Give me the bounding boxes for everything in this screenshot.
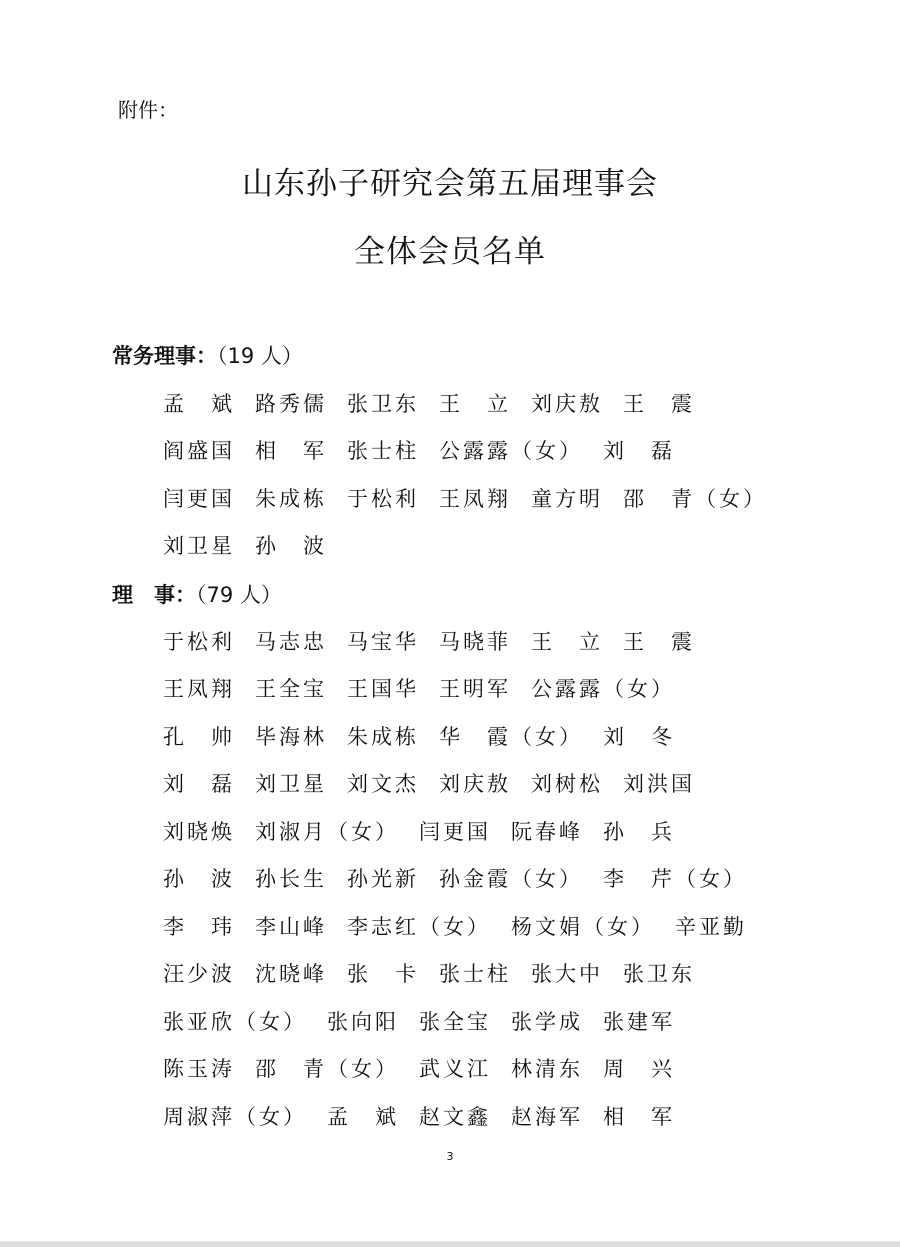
member-name: 沈晓峰 (255, 958, 327, 988)
name-row: 孙 波孙长生孙光新孙金霞（女）李 芹（女） (163, 855, 767, 903)
member-name: 马宝华 (347, 626, 419, 656)
member-name: 辛亚勤 (675, 911, 747, 941)
member-name: 刘洪国 (623, 768, 695, 798)
member-name: 汪少波 (163, 958, 235, 988)
member-name: 陈玉涛 (163, 1053, 235, 1083)
member-name: 刘 磊 (163, 768, 235, 798)
member-name: 马志忠 (255, 626, 327, 656)
member-name: 张卫东 (623, 958, 695, 988)
member-name: 相 军 (255, 435, 327, 465)
member-name: 邵 青（女） (623, 483, 767, 513)
member-name: 周 兴 (603, 1053, 675, 1083)
name-row: 闫更国朱成栋于松利王凤翔童方明邵 青（女） (163, 474, 787, 522)
member-name: 武义江 (419, 1053, 491, 1083)
member-name: 王明军 (439, 673, 511, 703)
member-name: 马晓菲 (439, 626, 511, 656)
member-name: 赵文鑫 (419, 1101, 491, 1131)
member-name: 李山峰 (255, 911, 327, 941)
section-heading-label: 理 事： (112, 583, 196, 607)
member-name: 邵 青（女） (255, 1053, 399, 1083)
name-row: 周淑萍（女）孟 斌赵文鑫赵海军相 军 (163, 1092, 767, 1140)
member-name: 刘庆敖 (531, 388, 603, 418)
name-row: 刘晓焕刘淑月（女）闫更国阮春峰孙 兵 (163, 807, 767, 855)
member-name: 孟 斌 (327, 1101, 399, 1131)
name-row: 阎盛国相 军张士柱公露露（女）刘 磊 (163, 427, 787, 475)
member-name: 刘文杰 (347, 768, 419, 798)
member-name: 公露露（女） (531, 673, 675, 703)
member-name: 张士柱 (347, 435, 419, 465)
member-name: 张大中 (531, 958, 603, 988)
name-row: 于松利马志忠马宝华马晓菲王 立王 震 (163, 617, 767, 665)
section-heading-standing-directors: 常务理事：（19 人） (112, 340, 303, 370)
member-name: 王凤翔 (163, 673, 235, 703)
member-name: 孙 兵 (603, 816, 675, 846)
name-row: 王凤翔王全宝王国华王明军公露露（女） (163, 665, 767, 713)
member-name: 毕海林 (255, 721, 327, 751)
directors-list: 于松利马志忠马宝华马晓菲王 立王 震王凤翔王全宝王国华王明军公露露（女）孔 帅毕… (163, 617, 767, 1140)
member-name: 王 立 (439, 388, 511, 418)
member-name: 刘淑月（女） (255, 816, 399, 846)
member-name: 王 立 (531, 626, 603, 656)
member-name: 张学成 (511, 1006, 583, 1036)
member-name: 赵海军 (511, 1101, 583, 1131)
name-row: 李 玮李山峰李志红（女）杨文娟（女）辛亚勤 (163, 902, 767, 950)
member-name: 于松利 (163, 626, 235, 656)
member-name: 孙光新 (347, 863, 419, 893)
member-name: 刘 磊 (603, 435, 675, 465)
member-name: 林清东 (511, 1053, 583, 1083)
member-name: 王凤翔 (439, 483, 511, 513)
member-name: 朱成栋 (255, 483, 327, 513)
member-name: 朱成栋 (347, 721, 419, 751)
name-row: 汪少波沈晓峰张 卡张士柱张大中张卫东 (163, 950, 767, 998)
document-subtitle: 全体会员名单 (0, 226, 900, 271)
member-name: 李 玮 (163, 911, 235, 941)
member-name: 刘 冬 (603, 721, 675, 751)
member-name: 王全宝 (255, 673, 327, 703)
attachment-label: 附件： (118, 94, 178, 123)
member-name: 路秀儒 (255, 388, 327, 418)
name-row: 张亚欣（女）张向阳张全宝张学成张建军 (163, 997, 767, 1045)
member-name: 刘庆敖 (439, 768, 511, 798)
member-name: 张士柱 (439, 958, 511, 988)
section-heading-directors: 理 事：（79 人） (112, 579, 282, 609)
member-name: 孙 波 (163, 863, 235, 893)
member-name: 公露露（女） (439, 435, 583, 465)
member-name: 闫更国 (163, 483, 235, 513)
member-name: 阎盛国 (163, 435, 235, 465)
member-name: 张向阳 (327, 1006, 399, 1036)
member-count: （19 人） (217, 344, 303, 368)
member-name: 闫更国 (419, 816, 491, 846)
member-name: 华 霞（女） (439, 721, 583, 751)
member-name: 孙 波 (255, 530, 327, 560)
document-page: 附件： 山东孙子研究会第五届理事会 全体会员名单 常务理事：（19 人） 孟 斌… (0, 0, 900, 1241)
member-name: 王 震 (623, 626, 695, 656)
member-count: （79 人） (196, 583, 282, 607)
member-name: 张 卡 (347, 958, 419, 988)
name-row: 孔 帅毕海林朱成栋华 霞（女）刘 冬 (163, 712, 767, 760)
page-number: 3 (0, 1150, 900, 1163)
standing-directors-list: 孟 斌路秀儒张卫东王 立刘庆敖王 震阎盛国相 军张士柱公露露（女）刘 磊闫更国朱… (163, 379, 787, 569)
name-row: 陈玉涛邵 青（女）武义江林清东周 兴 (163, 1045, 767, 1093)
member-name: 孙金霞（女） (439, 863, 583, 893)
member-name: 刘晓焕 (163, 816, 235, 846)
member-name: 刘树松 (531, 768, 603, 798)
name-row: 孟 斌路秀儒张卫东王 立刘庆敖王 震 (163, 379, 787, 427)
member-name: 张建军 (603, 1006, 675, 1036)
member-name: 周淑萍（女） (163, 1101, 307, 1131)
member-name: 阮春峰 (511, 816, 583, 846)
name-row: 刘 磊刘卫星刘文杰刘庆敖刘树松刘洪国 (163, 760, 767, 808)
member-name: 孔 帅 (163, 721, 235, 751)
viewer-bottom-edge (0, 1241, 900, 1247)
member-name: 于松利 (347, 483, 419, 513)
member-name: 刘卫星 (163, 530, 235, 560)
member-name: 王 震 (623, 388, 695, 418)
member-name: 童方明 (531, 483, 603, 513)
member-name: 张全宝 (419, 1006, 491, 1036)
member-name: 杨文娟（女） (511, 911, 655, 941)
document-title: 山东孙子研究会第五届理事会 (0, 158, 900, 203)
member-name: 王国华 (347, 673, 419, 703)
member-name: 相 军 (603, 1101, 675, 1131)
section-heading-label: 常务理事： (112, 344, 217, 368)
name-row: 刘卫星孙 波 (163, 522, 787, 570)
member-name: 刘卫星 (255, 768, 327, 798)
member-name: 孟 斌 (163, 388, 235, 418)
member-name: 张卫东 (347, 388, 419, 418)
member-name: 李 芹（女） (603, 863, 747, 893)
member-name: 张亚欣（女） (163, 1006, 307, 1036)
member-name: 李志红（女） (347, 911, 491, 941)
member-name: 孙长生 (255, 863, 327, 893)
